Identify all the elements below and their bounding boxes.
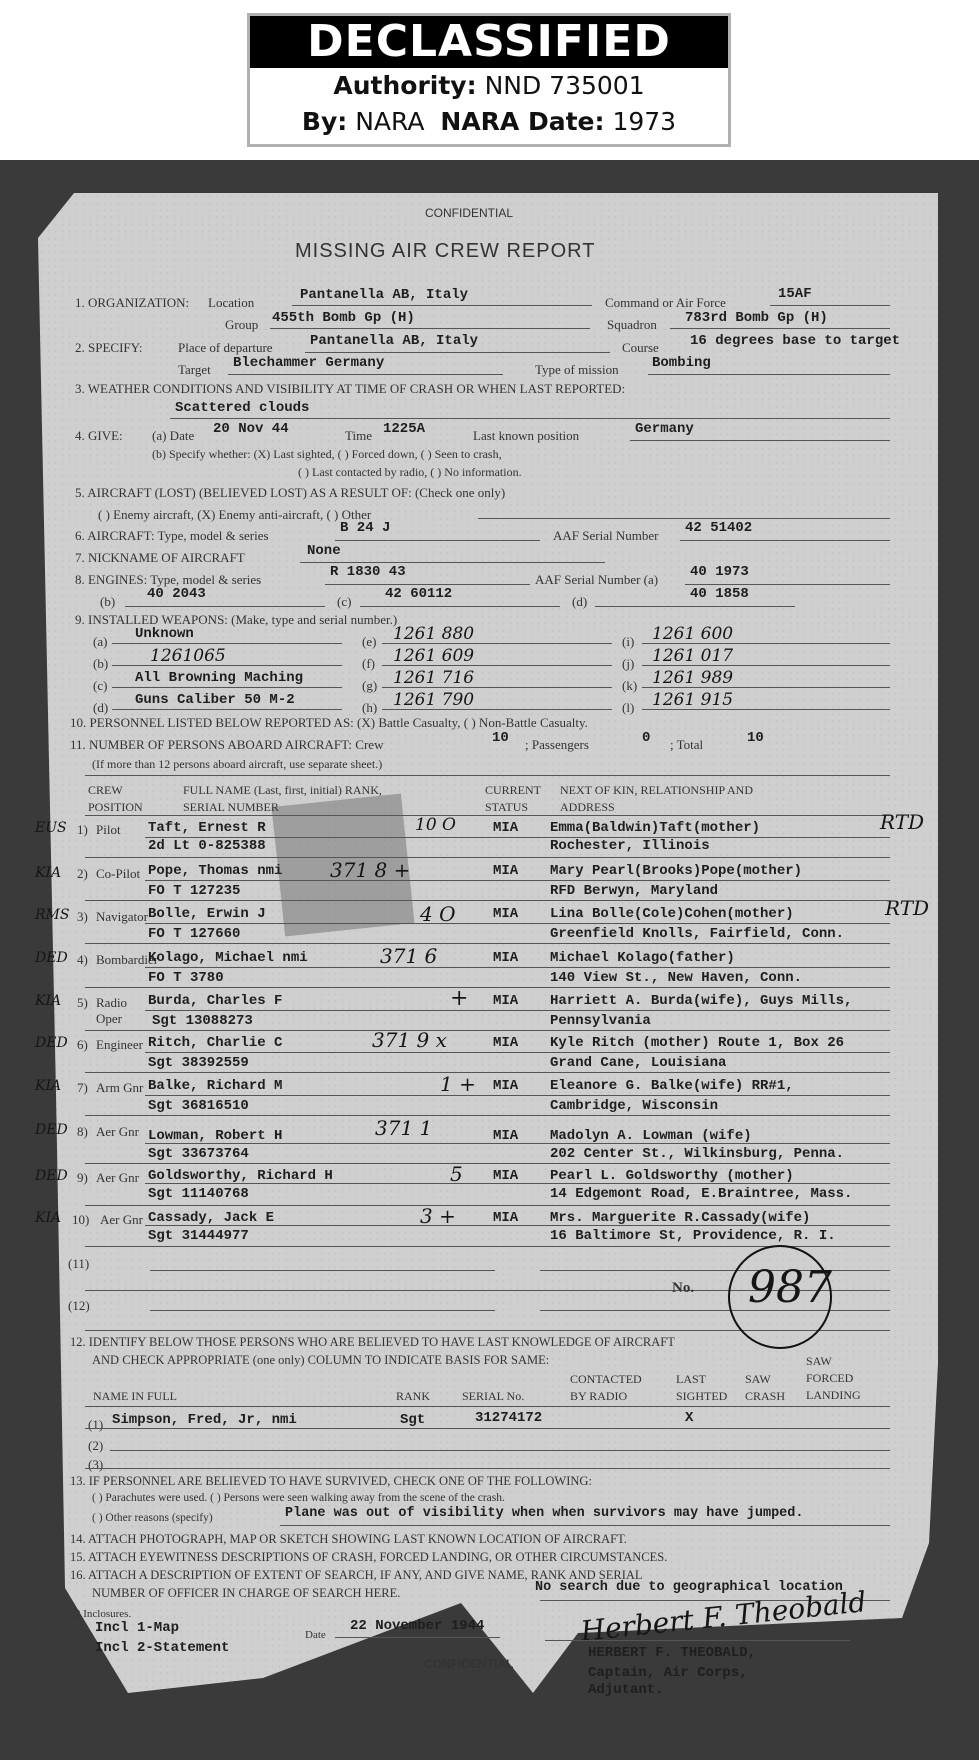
survival-reason-value: Plane was out of visibility when when su…: [285, 1506, 803, 1521]
mission-value: Bombing: [652, 355, 711, 371]
weapon-h: 1261 790: [393, 690, 474, 710]
departure-value: Pantanella AB, Italy: [310, 333, 478, 349]
weapon-f: 1261 609: [393, 646, 474, 666]
course-value: 16 degrees base to target: [690, 333, 900, 349]
command-value: 15AF: [778, 286, 812, 302]
report-number-value: 987: [748, 1262, 832, 1313]
squadron-value: 783rd Bomb Gp (H): [685, 310, 828, 326]
empty-row-11: (11): [68, 1256, 89, 1272]
weapon-g: 1261 716: [393, 668, 474, 688]
report-number-label: No.: [672, 1280, 694, 1297]
total-count: 10: [747, 730, 764, 746]
crew-count: 10: [492, 730, 509, 746]
report-date-value: 22 November 1944: [350, 1618, 484, 1634]
engine-type-value: R 1830 43: [330, 564, 406, 580]
empty-row-12: (12): [68, 1298, 90, 1314]
weapon-a: Unknown: [135, 626, 194, 642]
weapon-k: 1261 989: [652, 668, 733, 688]
target-value: Blechammer Germany: [233, 355, 384, 371]
engine-b-value: 40 2043: [147, 586, 206, 602]
aircraft-type-value: B 24 J: [340, 520, 390, 536]
date-value: 20 Nov 44: [213, 421, 289, 437]
stamp-by: By: NARA NARA Date: 1973: [250, 104, 728, 140]
location-value: Pantanella AB, Italy: [300, 287, 468, 303]
weapon-c: All Browning Maching: [135, 670, 303, 686]
weapon-d: Guns Caliber 50 M-2: [135, 692, 295, 708]
stamp-title: DECLASSIFIED: [250, 16, 728, 68]
passenger-count: 0: [642, 730, 650, 746]
report-title: MISSING AIR CREW REPORT: [295, 240, 595, 263]
classification-bottom: CONFIDENTIAL: [424, 1657, 513, 1671]
header-status: CURRENT STATUS: [485, 782, 555, 816]
weather-value: Scattered clouds: [175, 400, 309, 416]
aircraft-serial-value: 42 51402: [685, 520, 752, 536]
engine-d-value: 40 1858: [690, 586, 749, 602]
signer-rank: Captain, Air Corps,: [588, 1665, 748, 1681]
group-value: 455th Bomb Gp (H): [272, 310, 415, 326]
weapon-e: 1261 880: [393, 624, 474, 644]
header-next-of-kin: NEXT OF KIN, RELATIONSHIP AND ADDRESS: [560, 782, 810, 816]
classification-top: CONFIDENTIAL: [425, 206, 513, 220]
signer-name: HERBERT F. THEOBALD,: [588, 1645, 756, 1661]
engine-a-value: 40 1973: [690, 564, 749, 580]
header-full-name: FULL NAME (Last, first, initial) RANK, S…: [183, 782, 413, 816]
weapon-l: 1261 915: [652, 690, 733, 710]
item1-label: 1. ORGANIZATION:: [75, 295, 189, 311]
weapon-b: 1261065: [150, 646, 226, 666]
signer-title: Adjutant.: [588, 1682, 664, 1698]
weapon-i: 1261 600: [652, 624, 733, 644]
position-value: Germany: [635, 421, 694, 437]
declassified-stamp: DECLASSIFIED Authority: NND 735001 By: N…: [247, 13, 731, 147]
time-value: 1225A: [383, 421, 425, 437]
weapon-j: 1261 017: [652, 646, 733, 666]
stamp-authority: Authority: NND 735001: [250, 68, 728, 104]
header-crew-position: CREW POSITION: [88, 782, 158, 816]
engine-c-value: 42 60112: [385, 586, 452, 602]
inclosure-2: Incl 2-Statement: [95, 1640, 229, 1656]
nickname-value: None: [307, 543, 341, 559]
inclosure-1: Incl 1-Map: [95, 1620, 179, 1636]
